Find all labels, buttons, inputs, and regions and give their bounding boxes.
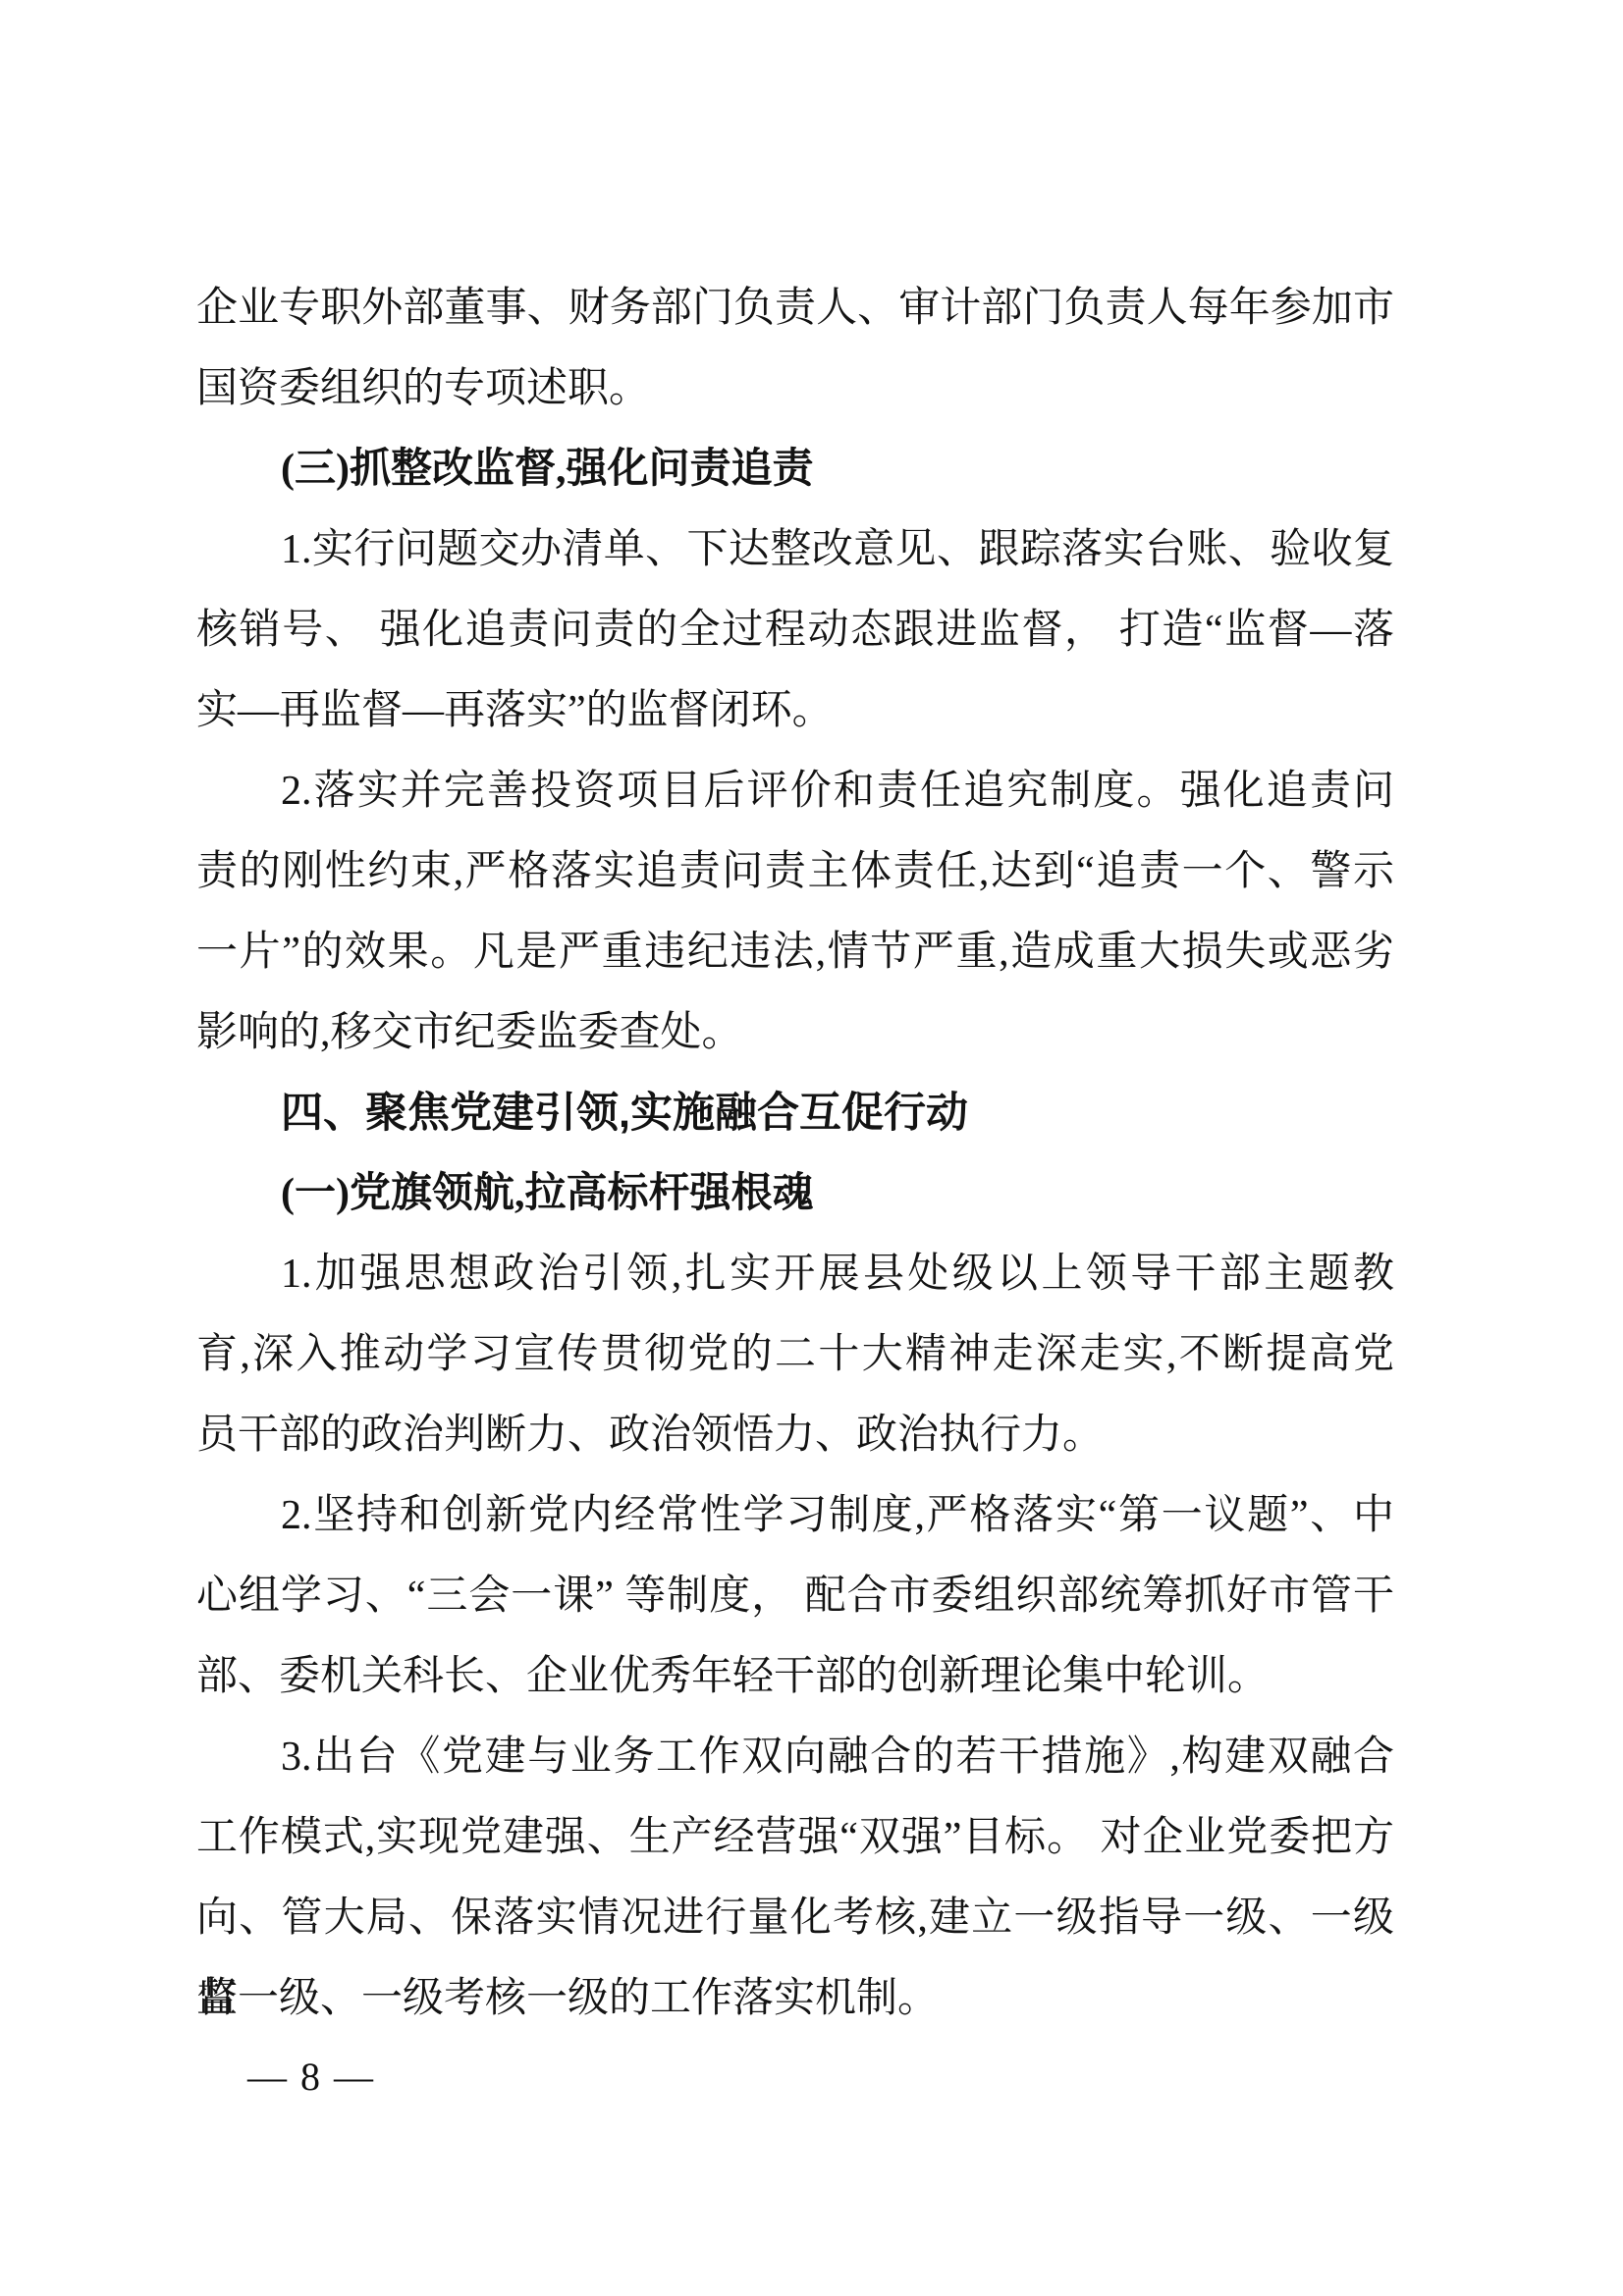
text-line: 影响的,移交市纪委监委查处。: [196, 992, 1394, 1073]
text-line: 核销号、 强化追责问责的全过程动态跟进监督， 打造“监督—落: [196, 590, 1394, 670]
text-line: 工作模式,实现党建强、生产经营强“双强”目标。 对企业党委把方: [196, 1797, 1394, 1878]
text-line: 实—再监督—再落实”的监督闭环。: [196, 670, 1394, 751]
text-block: 企业专职外部董事、财务部门负责人、审计部门负责人每年参加市 国资委组织的专项述职…: [196, 268, 1394, 2039]
text-line: 2.落实并完善投资项目后评价和责任追究制度。强化追责问: [196, 751, 1394, 831]
text-line: 部、委机关科长、企业优秀年轻干部的创新理论集中轮训。: [196, 1636, 1394, 1717]
text-line: 1.加强思想政治引领,扎实开展县处级以上领导干部主题教: [196, 1234, 1394, 1314]
page-number: — 8 —: [247, 2054, 375, 2101]
text-line: 督一级、一级考核一级的工作落实机制。: [196, 1958, 1394, 2039]
text-line: 责的刚性约束,严格落实追责问责主体责任,达到“追责一个、警示: [196, 831, 1394, 912]
section-heading-4: 四、聚焦党建引领,实施融合互促行动: [196, 1073, 1394, 1153]
subheading-3: (三)抓整改监督,强化问责追责: [196, 429, 1394, 509]
document-page: 企业专职外部董事、财务部门负责人、审计部门负责人每年参加市 国资委组织的专项述职…: [0, 0, 1623, 2296]
text-line: 国资委组织的专项述职。: [196, 348, 1394, 429]
text-line: 一片”的效果。凡是严重违纪违法,情节严重,造成重大损失或恶劣: [196, 912, 1394, 992]
text-line: 企业专职外部董事、财务部门负责人、审计部门负责人每年参加市: [196, 268, 1394, 348]
text-line: 3.出台《党建与业务工作双向融合的若干措施》,构建双融合: [196, 1717, 1394, 1797]
subheading-1: (一)党旗领航,拉高标杆强根魂: [196, 1153, 1394, 1234]
text-line: 2.坚持和创新党内经常性学习制度,严格落实“第一议题”、中: [196, 1475, 1394, 1556]
text-line: 育,深入推动学习宣传贯彻党的二十大精神走深走实,不断提高党: [196, 1314, 1394, 1395]
text-line: 向、管大局、保落实情况进行量化考核,建立一级指导一级、一级监: [196, 1878, 1394, 1958]
text-line: 员干部的政治判断力、政治领悟力、政治执行力。: [196, 1395, 1394, 1475]
text-line: 心组学习、“三会一课” 等制度， 配合市委组织部统筹抓好市管干: [196, 1556, 1394, 1636]
text-line: 1.实行问题交办清单、下达整改意见、跟踪落实台账、验收复: [196, 509, 1394, 590]
